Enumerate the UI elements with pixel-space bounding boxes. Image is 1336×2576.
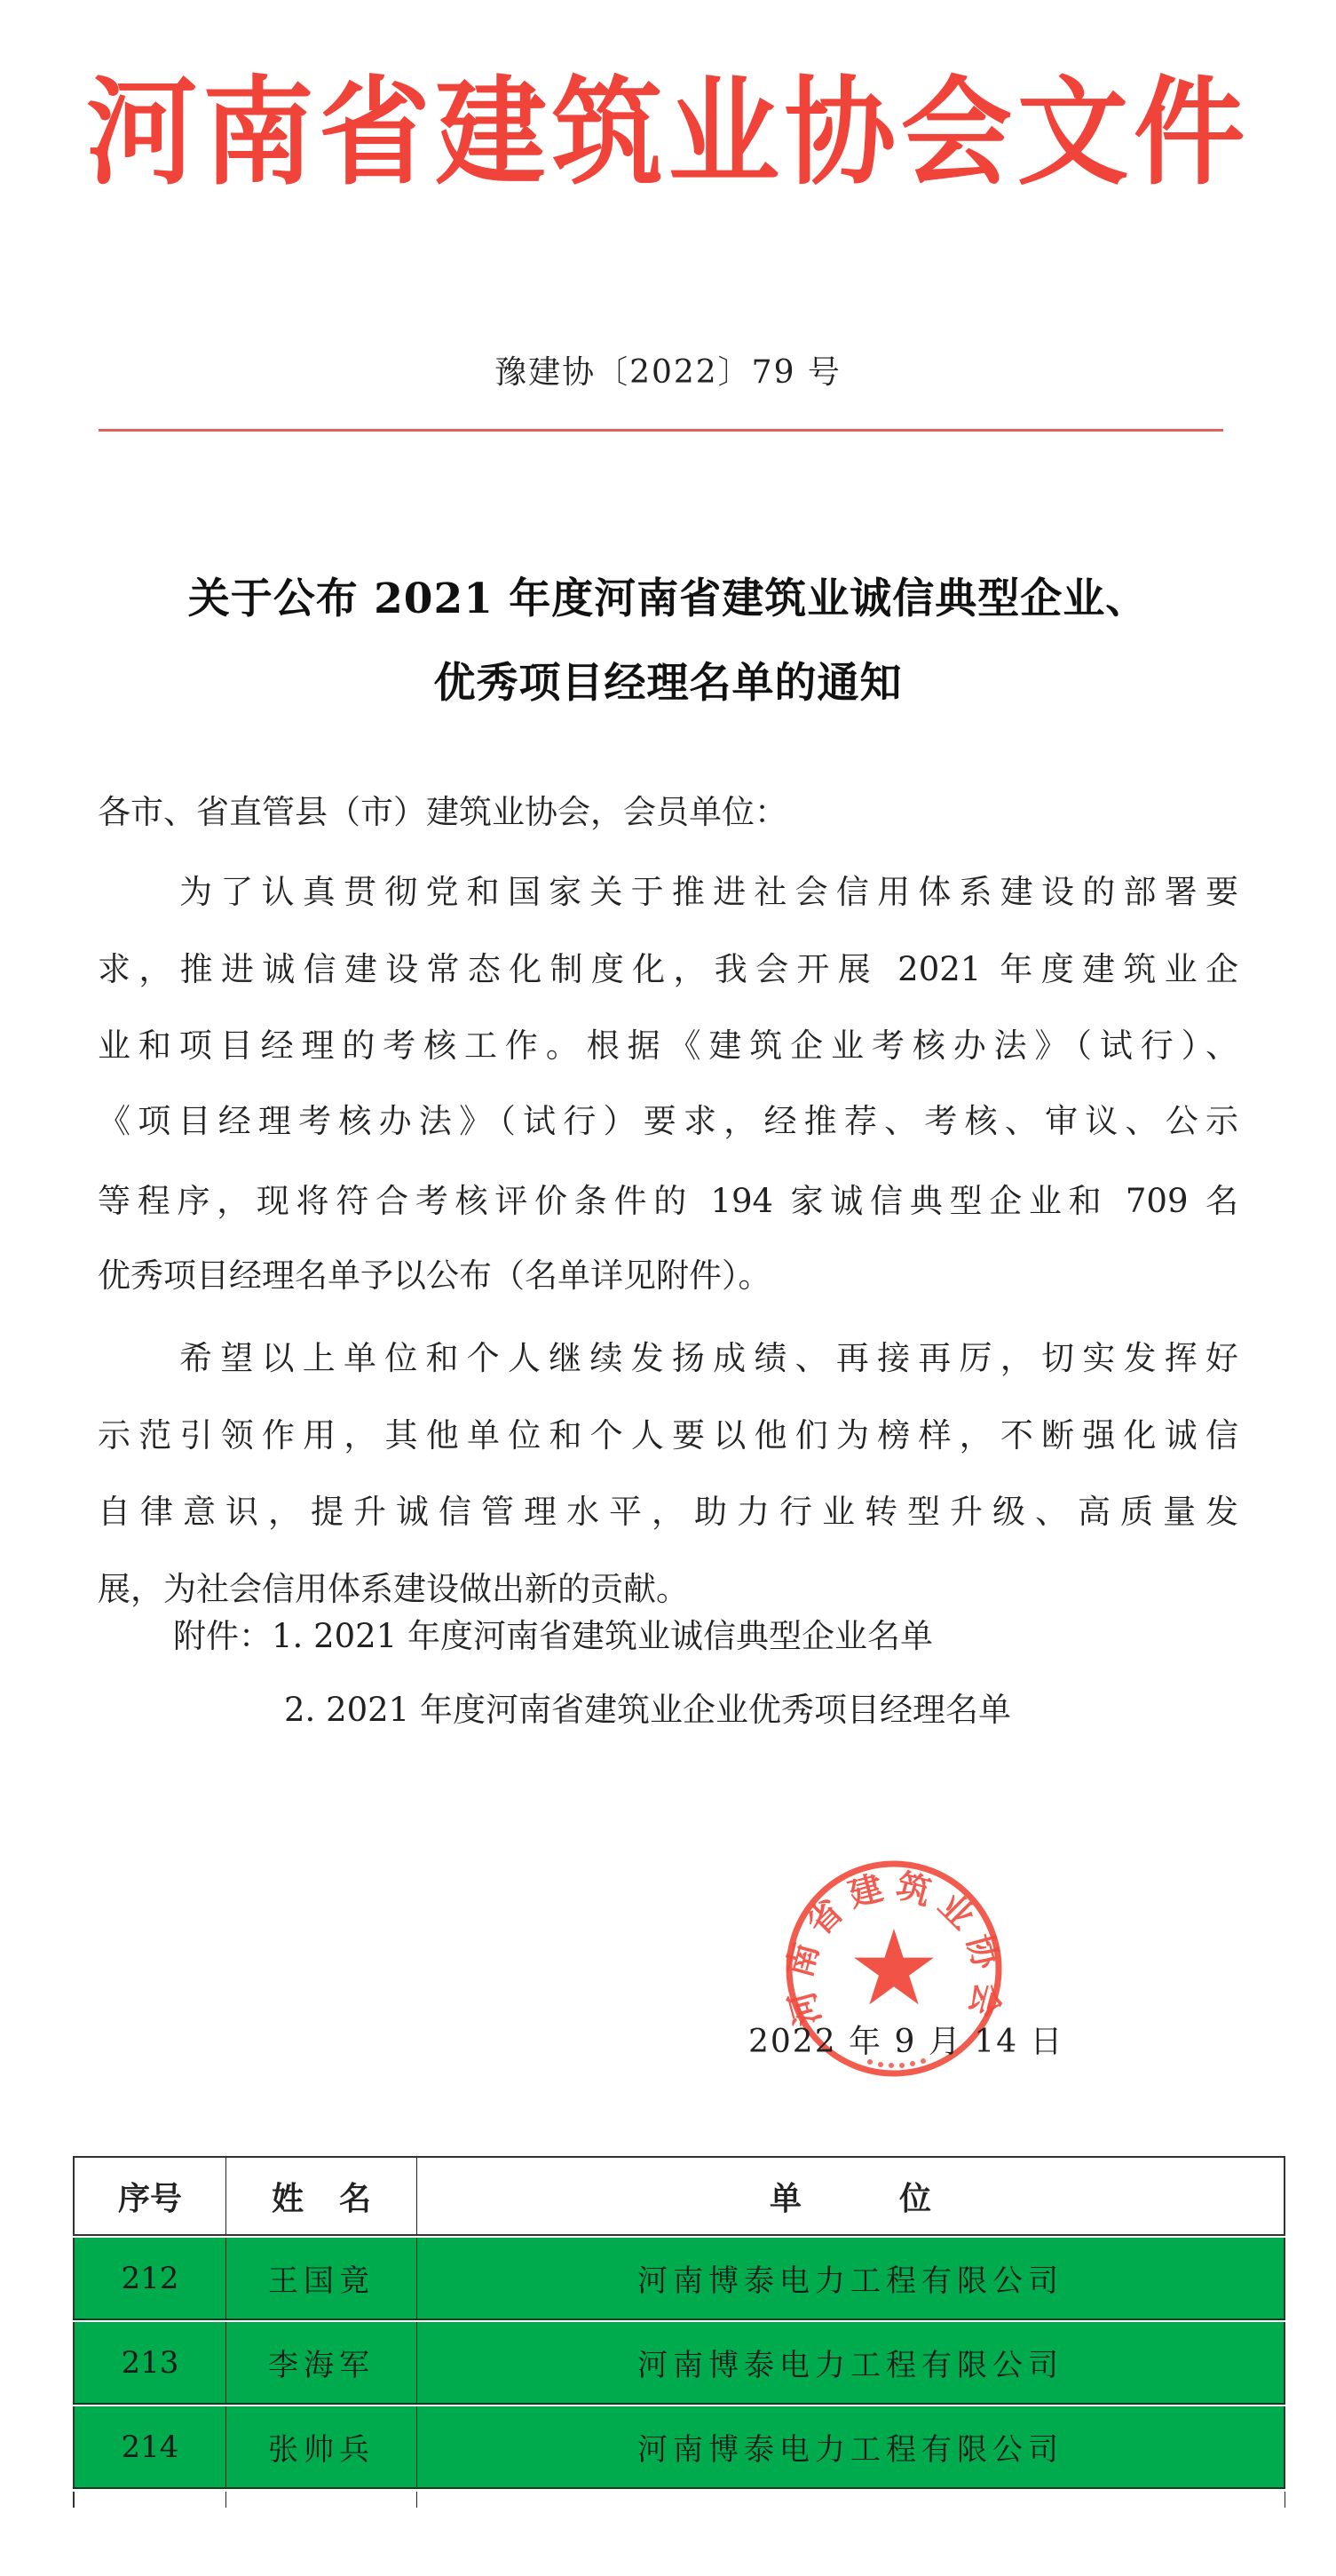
header-unit: 单位: [417, 2158, 1285, 2234]
document-number: 豫建协〔2022〕79 号: [0, 351, 1336, 395]
cell-name: 王国竟: [226, 2238, 417, 2318]
cell-no: 213: [73, 2322, 226, 2403]
body-line: 自律意识，提升诚信管理水平，助力行业转型升级、高质量发: [98, 1487, 1238, 1537]
attachment-item: 2. 2021 年度河南省建筑业企业优秀项目经理名单: [284, 1691, 1011, 1729]
table-row-partial: [73, 2492, 1285, 2508]
masthead-divider: [99, 429, 1223, 432]
body-line: 优秀项目经理名单予以公布（名单详见附件）。: [98, 1251, 1238, 1301]
star-icon: [854, 1929, 934, 2004]
body-line: 为了认真贯彻党和国家关于推进社会信用体系建设的部署要: [179, 868, 1238, 917]
table-row: 214 张帅兵 河南博泰电力工程有限公司: [73, 2406, 1285, 2489]
body-line: 求，推进诚信建设常态化制度化，我会开展 2021 年度建筑业企: [98, 945, 1238, 995]
body-line: 展，为社会信用体系建设做出新的贡献。: [98, 1565, 1238, 1614]
issue-date: 2022 年 9 月 14 日: [748, 2017, 1064, 2067]
masthead-title: 河南省建筑业协会文件: [34, 53, 1303, 213]
cell-name: 李海军: [226, 2322, 417, 2403]
body-line: 希望以上单位和个人继续发扬成绩、再接再厉，切实发挥好: [179, 1334, 1238, 1383]
attachment-item: 1. 2021 年度河南省建筑业诚信典型企业名单: [272, 1617, 933, 1655]
cell-unit: 河南博泰电力工程有限公司: [417, 2238, 1285, 2318]
notice-title-line-1: 关于公布 2021 年度河南省建筑业诚信典型企业、: [0, 568, 1336, 630]
header-name: 姓名: [226, 2158, 417, 2234]
cell-unit: 河南博泰电力工程有限公司: [417, 2406, 1285, 2487]
cell-no: 214: [73, 2406, 226, 2487]
salutation: 各市、省直管县（市）建筑业协会，会员单位：: [98, 788, 1238, 837]
body-line: 示范引领作用，其他单位和个人要以他们为榜样，不断强化诚信: [98, 1411, 1238, 1461]
attachment-1: 附件：1. 2021 年度河南省建筑业诚信典型企业名单: [173, 1612, 933, 1661]
attachment-2: 2. 2021 年度河南省建筑业企业优秀项目经理名单: [284, 1685, 1011, 1735]
body-line: 《项目经理考核办法》（试行）要求，经推荐、考核、审议、公示: [98, 1097, 1238, 1146]
cell-unit: 河南博泰电力工程有限公司: [417, 2322, 1285, 2403]
table-row: 213 李海军 河南博泰电力工程有限公司: [73, 2322, 1285, 2405]
notice-title-line-2: 优秀项目经理名单的通知: [0, 653, 1336, 715]
body-line: 业和项目经理的考核工作。根据《建筑企业考核办法》（试行）、: [98, 1021, 1238, 1071]
header-no: 序号: [73, 2158, 226, 2234]
cell-no: 212: [73, 2238, 226, 2318]
attachment-label: 附件：: [173, 1617, 272, 1655]
cell-name: 张帅兵: [226, 2406, 417, 2487]
table-header-row: 序号 姓名 单位: [73, 2156, 1285, 2236]
body-line: 等程序，现将符合考核评价条件的 194 家诚信典型企业和 709 名: [98, 1177, 1238, 1226]
table-row: 212 王国竟 河南博泰电力工程有限公司: [73, 2238, 1285, 2320]
